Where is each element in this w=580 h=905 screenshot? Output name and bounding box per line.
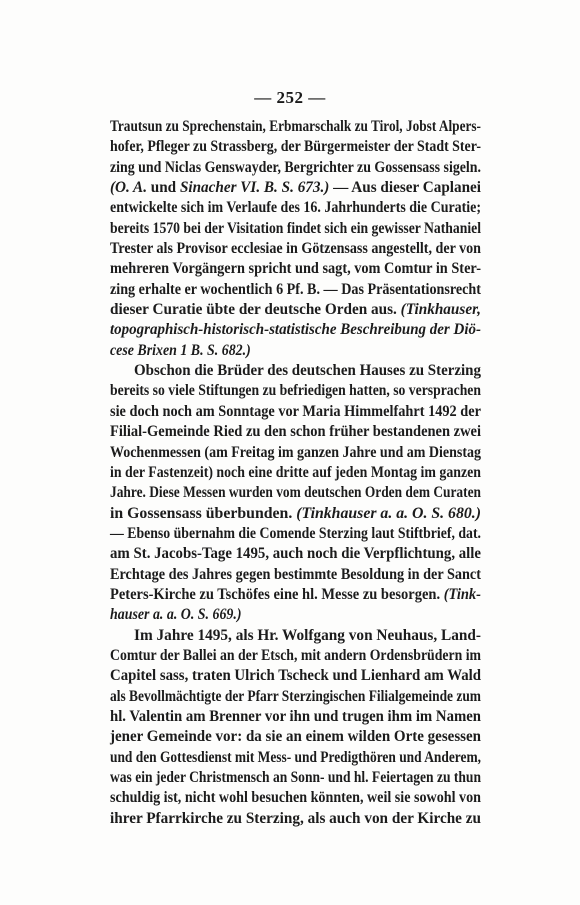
text-line: am St. Jacobs-Tage 1495, auch noch die V…: [110, 543, 481, 563]
text-run: dieser Curatie übte der deutsche Orden a…: [110, 300, 401, 318]
text-line: bereits 1570 bei der Visitation findet s…: [110, 218, 481, 238]
text-line: sie doch noch am Sonntage vor Maria Himm…: [110, 401, 481, 421]
citation-text: (O. A.: [110, 178, 147, 196]
text-run: zing und Niclas Genswayder, Bergrichter …: [110, 158, 481, 176]
text-line: als Bevollmächtigte der Pfarr Sterzingis…: [110, 686, 481, 706]
text-run: Filial-Gemeinde Ried zu den schon früher…: [110, 422, 481, 440]
text-run: — Aus dieser Caplanei: [329, 178, 481, 196]
text-run: Peters-Kirche zu Tschöfes eine hl. Messe…: [110, 585, 444, 603]
citation-text: (Tinkhauser a. a. O. S. 680.): [296, 504, 481, 522]
citation-text: topographisch-historisch-statistische Be…: [110, 320, 481, 338]
text-line: was ein jeder Christmensch an Sonn- und …: [110, 767, 481, 787]
text-run: Wochenmessen (am Freitag im ganzen Jahre…: [110, 443, 481, 461]
text-run: am St. Jacobs-Tage 1495, auch noch die V…: [110, 544, 481, 562]
text-line: in der Fastenzeit) noch eine dritte auf …: [110, 462, 481, 482]
body-text: Trautsun zu Sprechenstain, Erbmarschalk …: [110, 116, 481, 828]
text-run: zing erhalte er wochentlich 6 Pf. B. — D…: [110, 280, 481, 298]
text-line: entwickelte sich im Verlaufe des 16. Jah…: [110, 197, 481, 217]
text-line: zing und Niclas Genswayder, Bergrichter …: [110, 157, 481, 177]
text-run: — Ebenso übernahm die Comende Sterzing l…: [110, 524, 481, 542]
text-line: (O. A. und Sinacher VI. B. S. 673.) — Au…: [110, 177, 481, 197]
text-line: Trautsun zu Sprechenstain, Erbmarschalk …: [110, 116, 481, 136]
text-line: dieser Curatie übte der deutsche Orden a…: [110, 299, 481, 319]
text-line: Filial-Gemeinde Ried zu den schon früher…: [110, 421, 481, 441]
text-line: Capitel sass, traten Ulrich Tscheck und …: [110, 665, 481, 685]
text-line: jener Gemeinde vor: da sie an einem wild…: [110, 726, 481, 746]
text-line: Peters-Kirche zu Tschöfes eine hl. Messe…: [110, 584, 481, 604]
text-run: bereits 1570 bei der Visitation findet s…: [110, 219, 481, 237]
text-run: in der Fastenzeit) noch eine dritte auf …: [110, 463, 481, 481]
text-run: Trautsun zu Sprechenstain, Erbmarschalk …: [110, 117, 481, 135]
text-run: Obschon die Brüder des deutschen Hauses …: [134, 361, 481, 379]
text-line: schuldig ist, nicht wohl besuchen könnte…: [110, 787, 481, 807]
text-run: entwickelte sich im Verlaufe des 16. Jah…: [110, 198, 481, 216]
text-run: und: [147, 178, 180, 196]
text-run: in Gossensass überbunden.: [110, 504, 296, 522]
text-line: Im Jahre 1495, als Hr. Wolfgang von Neuh…: [110, 625, 481, 645]
citation-text: (Tink-: [444, 585, 481, 603]
text-run: ihrer Pfarrkirche zu Sterzing, als auch …: [110, 809, 481, 827]
citation-text: hauser a. a. O. S. 669.): [110, 605, 241, 623]
text-run: Comtur der Ballei an der Etsch, mit ande…: [110, 646, 481, 664]
text-line: hofer, Pfleger zu Strassberg, der Bürger…: [110, 136, 481, 156]
citation-text: (Tinkhauser,: [401, 300, 481, 318]
text-run: sie doch noch am Sonntage vor Maria Himm…: [110, 402, 481, 420]
text-line: zing erhalte er wochentlich 6 Pf. B. — D…: [110, 279, 481, 299]
text-run: mehreren Vorgängern spricht und sagt, vo…: [110, 259, 481, 277]
text-line: cese Brixen 1 B. S. 682.): [110, 340, 481, 360]
text-run: und den Gottesdienst mit Mess- und Predi…: [110, 748, 481, 766]
text-run: als Bevollmächtigte der Pfarr Sterzingis…: [110, 687, 481, 705]
book-page: — 252 — Trautsun zu Sprechenstain, Erbma…: [0, 0, 580, 905]
text-run: jener Gemeinde vor: da sie an einem wild…: [110, 727, 481, 745]
text-run: Jahre. Diese Messen wurden vom deutschen…: [110, 483, 481, 501]
text-line: hl. Valentin am Brenner vor ihn und trug…: [110, 706, 481, 726]
text-line: und den Gottesdienst mit Mess- und Predi…: [110, 747, 481, 767]
text-line: Comtur der Ballei an der Etsch, mit ande…: [110, 645, 481, 665]
page-number: — 252 —: [0, 88, 580, 108]
text-run: Trester als Provisor ecclesiae in Götzen…: [110, 239, 481, 257]
text-run: hofer, Pfleger zu Strassberg, der Bürger…: [110, 137, 481, 155]
text-run: was ein jeder Christmensch an Sonn- und …: [110, 768, 481, 786]
text-line: Obschon die Brüder des deutschen Hauses …: [110, 360, 481, 380]
text-line: bereits so viele Stiftungen zu befriedig…: [110, 380, 481, 400]
text-run: Capitel sass, traten Ulrich Tscheck und …: [110, 666, 481, 684]
text-line: topographisch-historisch-statistische Be…: [110, 319, 481, 339]
text-run: Im Jahre 1495, als Hr. Wolfgang von Neuh…: [134, 626, 481, 644]
text-line: Wochenmessen (am Freitag im ganzen Jahre…: [110, 442, 481, 462]
text-line: — Ebenso übernahm die Comende Sterzing l…: [110, 523, 481, 543]
text-line: ihrer Pfarrkirche zu Sterzing, als auch …: [110, 808, 481, 828]
citation-text: Sinacher VI. B. S. 673.): [180, 178, 329, 196]
text-line: hauser a. a. O. S. 669.): [110, 604, 481, 624]
text-run: Erchtage des Jahres gegen bestimmte Beso…: [110, 565, 481, 583]
text-run: hl. Valentin am Brenner vor ihn und trug…: [110, 707, 481, 725]
text-line: Trester als Provisor ecclesiae in Götzen…: [110, 238, 481, 258]
text-line: in Gossensass überbunden. (Tinkhauser a.…: [110, 503, 481, 523]
text-run: bereits so viele Stiftungen zu befriedig…: [110, 381, 481, 399]
citation-text: cese Brixen 1 B. S. 682.): [110, 341, 251, 359]
text-line: mehreren Vorgängern spricht und sagt, vo…: [110, 258, 481, 278]
text-line: Jahre. Diese Messen wurden vom deutschen…: [110, 482, 481, 502]
text-run: schuldig ist, nicht wohl besuchen könnte…: [110, 788, 481, 806]
text-line: Erchtage des Jahres gegen bestimmte Beso…: [110, 564, 481, 584]
